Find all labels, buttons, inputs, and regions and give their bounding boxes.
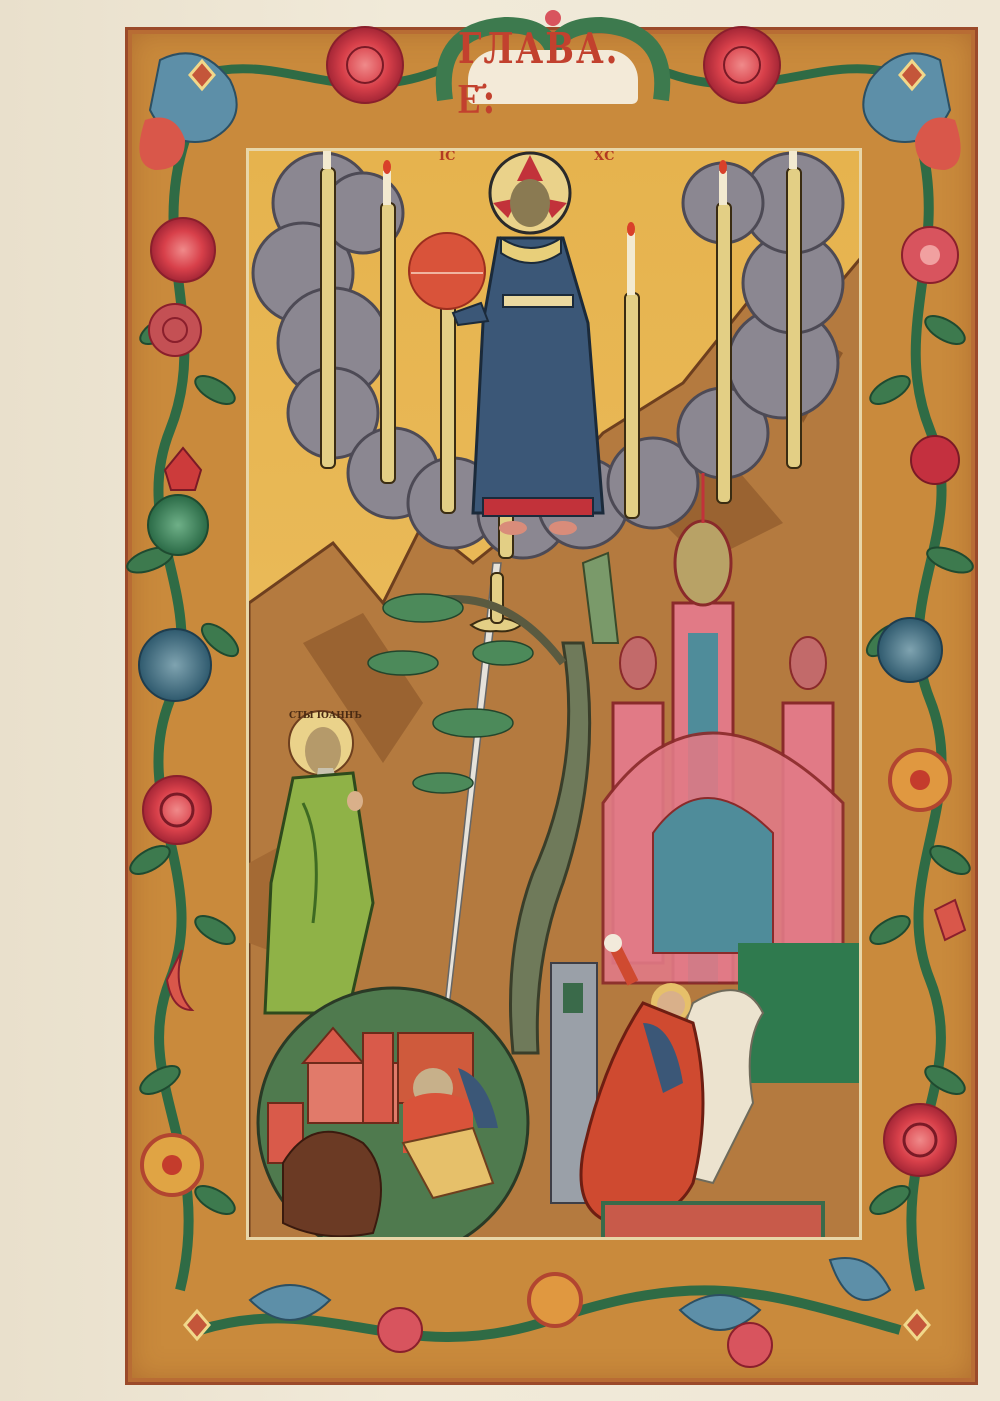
miniature-panel: ІС ХС СТЫ ІОАННЪ — [246, 148, 862, 1240]
christ-figure — [453, 153, 603, 535]
john-halo-inscription: СТЫ ІОАННЪ — [289, 711, 362, 721]
christ-inscription-right: ХС — [594, 149, 614, 164]
orb — [409, 233, 485, 309]
christ-inscription-left: ІС — [439, 149, 455, 164]
chapter-title-cartouche: ГЛАВА. Е҃: — [458, 38, 648, 110]
miniature-scene — [249, 151, 862, 1240]
cave-with-city-and-demon — [258, 988, 528, 1240]
chapter-title: ГЛАВА. Е҃: — [458, 24, 648, 124]
